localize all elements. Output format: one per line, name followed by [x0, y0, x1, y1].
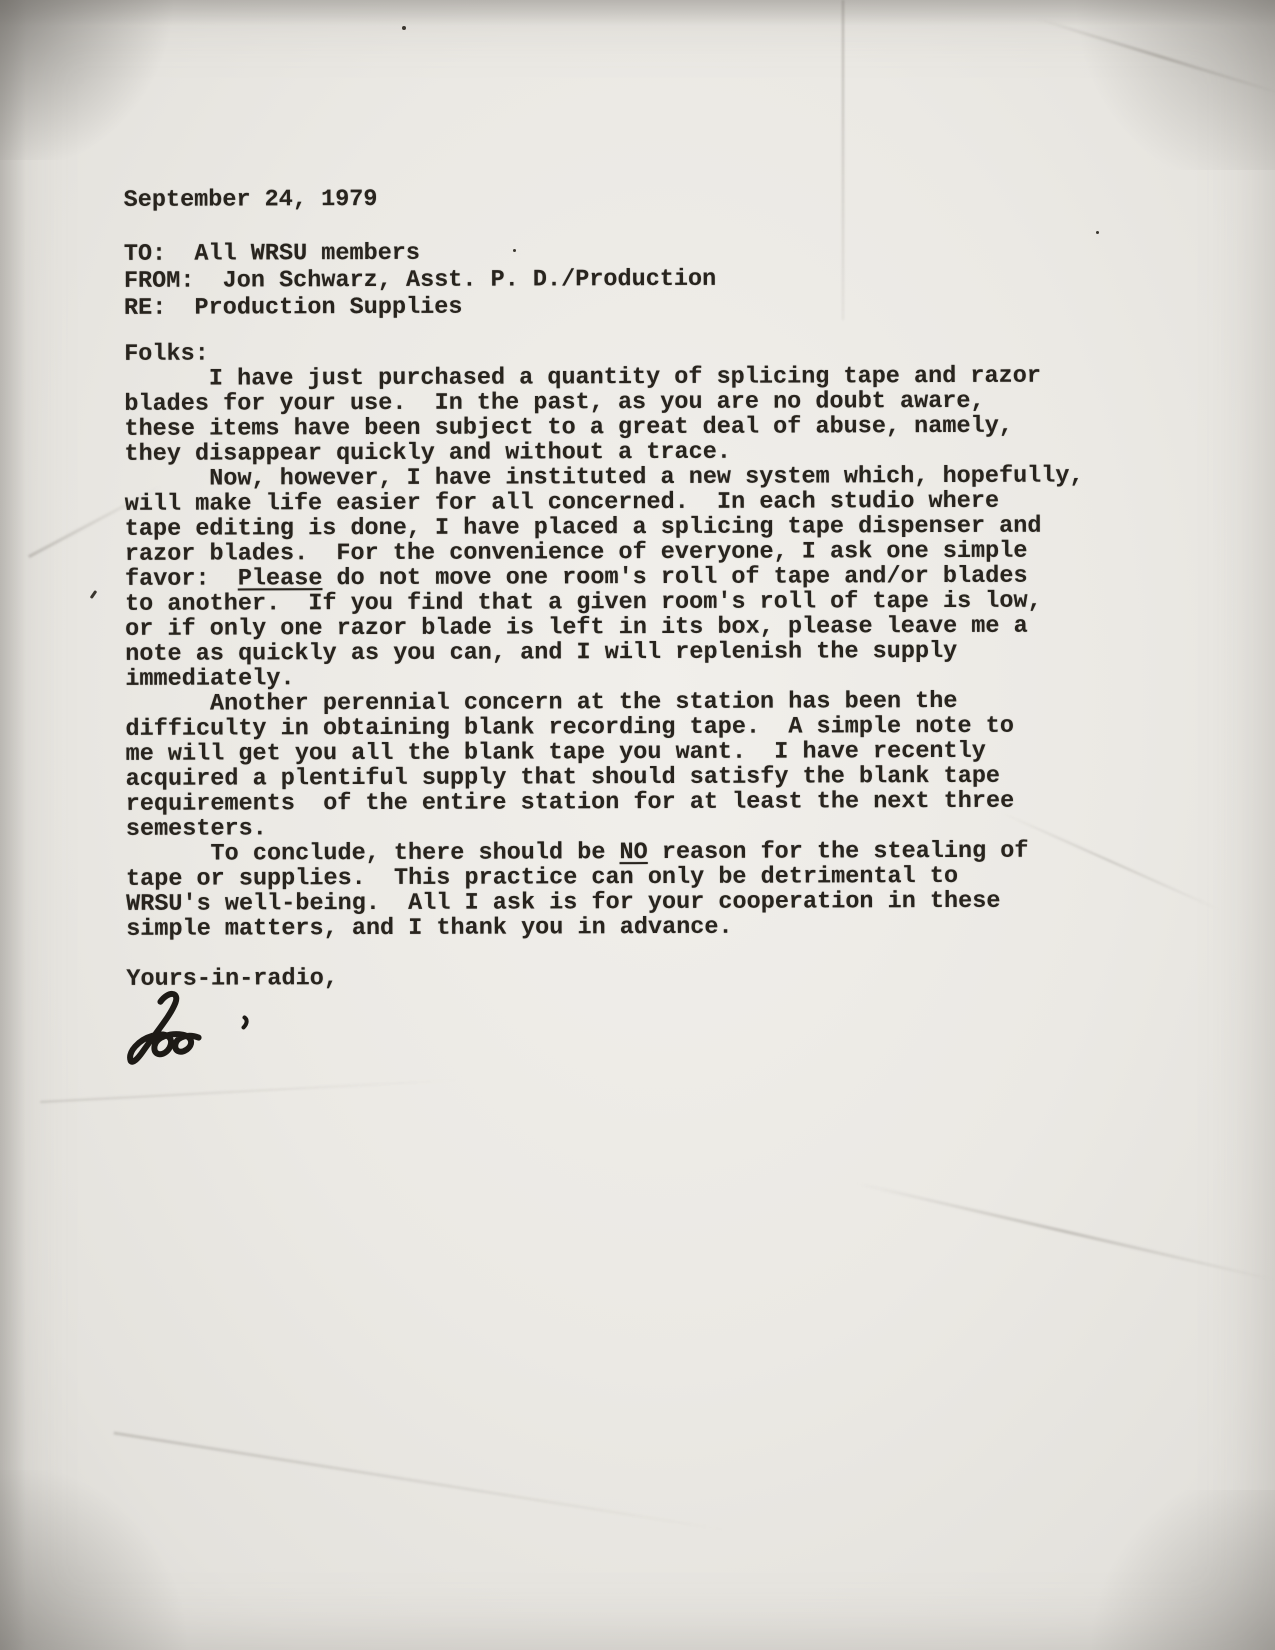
letter-line: TO: All WRSU members [124, 237, 1184, 268]
letter-paragraph: Now, however, I have instituted a new sy… [125, 463, 1186, 692]
paper-shadow-top-right [1045, 0, 1275, 170]
paper-shadow-bottom-left [0, 1470, 200, 1650]
letter-line: me will get you all the blank tape you w… [126, 738, 1186, 767]
letter-line: acquired a plentiful supply that should … [126, 763, 1186, 792]
letter-line: I have just purchased a quantity of spli… [124, 363, 1184, 392]
letter-line: tape or supplies. This practice can only… [126, 863, 1186, 892]
letter-closing: Yours-in-radio, [126, 963, 1186, 992]
letter-line: WRSU's well-being. All I ask is for your… [126, 888, 1186, 917]
letter-paragraph: Another perennial concern at the station… [125, 688, 1186, 842]
scan-speck [402, 26, 406, 30]
paper-crease [40, 1079, 460, 1103]
letter-body: I have just purchased a quantity of spli… [124, 363, 1186, 942]
signature [114, 989, 274, 1070]
letter-paragraph: I have just purchased a quantity of spli… [124, 363, 1184, 467]
paper-crease [855, 1182, 1275, 1282]
letter-line: RE: Production Supplies [124, 291, 1184, 322]
letter-line: or if only one razor blade is left in it… [125, 613, 1185, 642]
letter-line: these items have been subject to a great… [124, 413, 1184, 442]
paper-shadow-top-left [0, 0, 190, 160]
letter-line: FROM: Jon Schwarz, Asst. P. D./Productio… [124, 264, 1184, 295]
letter-line: Another perennial concern at the station… [125, 688, 1185, 717]
letter-line: note as quickly as you can, and I will r… [125, 638, 1185, 667]
signature-scribble [114, 989, 274, 1070]
letter-paragraph: To conclude, there should be NO reason f… [126, 838, 1186, 942]
letter-line: Now, however, I have instituted a new sy… [125, 463, 1185, 492]
letter-content: September 24, 1979 TO: All WRSU membersF… [124, 184, 1187, 992]
paper-shadow-left-edge [0, 0, 26, 1650]
paper-crease [114, 1432, 727, 1532]
letter-line: blades for your use. In the past, as you… [124, 388, 1184, 417]
letter-line: immediately. [125, 663, 1185, 692]
letter-line: simple matters, and I thank you in advan… [126, 913, 1186, 942]
scanned-letter-page: September 24, 1979 TO: All WRSU membersF… [0, 0, 1275, 1650]
underlined-text: Please [238, 565, 323, 592]
letter-line: requirements of the entire station for a… [126, 788, 1186, 817]
letter-date: September 24, 1979 [124, 184, 1184, 213]
letter-meta-block: TO: All WRSU membersFROM: Jon Schwarz, A… [124, 237, 1184, 322]
paper-shadow-top-edge [0, 0, 1275, 26]
underlined-text: NO [619, 839, 647, 866]
scan-speck [90, 590, 98, 599]
letter-line: difficulty in obtaining blank recording … [125, 713, 1185, 742]
letter-line: To conclude, there should be NO reason f… [126, 838, 1186, 867]
paper-shadow-bottom-right [1065, 1490, 1275, 1650]
paper-crease [1035, 17, 1275, 96]
